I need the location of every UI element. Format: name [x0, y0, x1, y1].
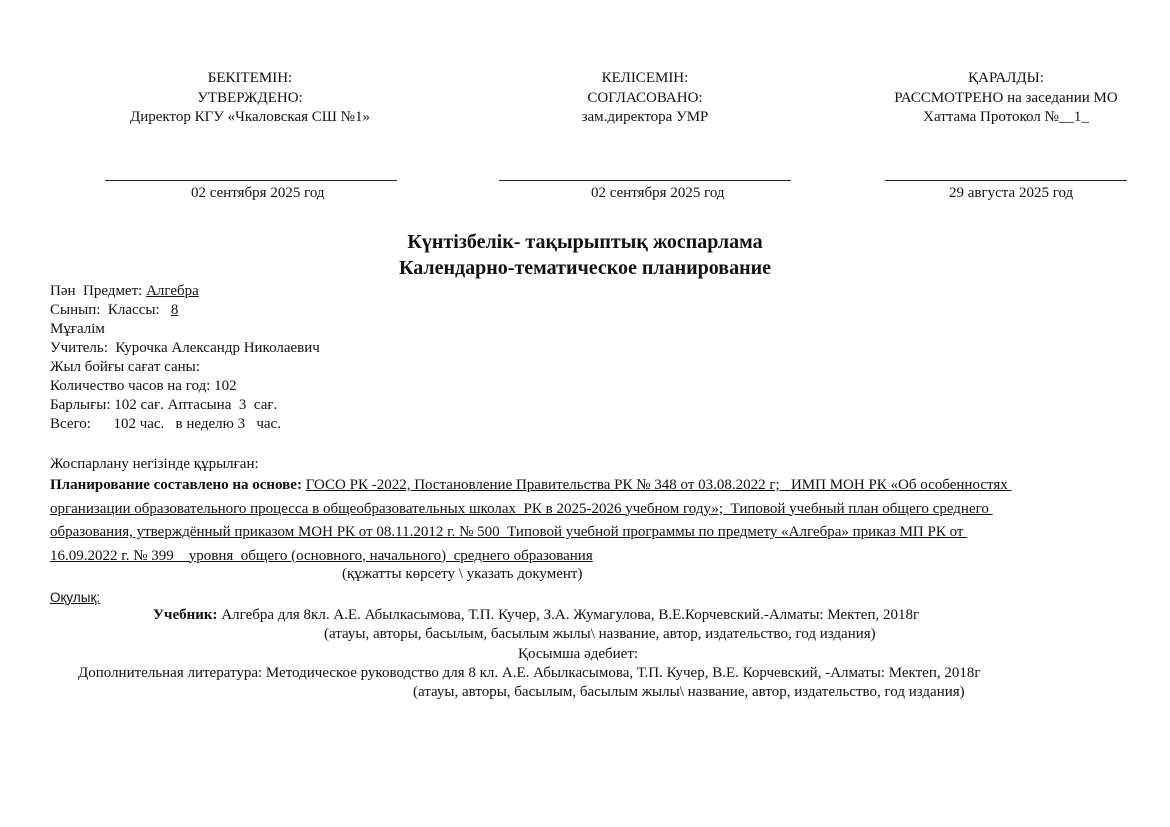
approval-right-protocol: Хаттама Протокол №__1_	[876, 108, 1136, 128]
hours-label-kz: Жыл бойғы сағат саны:	[50, 358, 320, 377]
basis-hint: (құжатты көрсету \ указать документ)	[342, 566, 582, 583]
basis-label-kz: Жоспарлану негізінде құрылған:	[50, 455, 1130, 474]
approval-middle-date: 02 сентября 2025 год	[591, 185, 725, 202]
page-title-kz: Күнтізбелік- тақырыптық жоспарлама	[0, 231, 1170, 254]
hours-line: Количество часов на год: 102	[50, 377, 320, 396]
class-value: 8	[171, 302, 179, 318]
subject-label: Пән Предмет:	[50, 283, 146, 299]
approval-left-block: БЕКІТЕМІН: УТВЕРЖДЕНО: Директор КГУ «Чка…	[100, 69, 400, 128]
approval-left-position: Директор КГУ «Чкаловская СШ №1»	[100, 108, 400, 128]
teacher-label-kz: Мұғалім	[50, 320, 320, 339]
teacher-line: Учитель: Курочка Александр Николаевич	[50, 339, 320, 358]
textbook-value: Алгебра для 8кл. А.Е. Абылкасымова, Т.П.…	[218, 607, 920, 623]
additional-label-kz: Қосымша әдебиет:	[518, 646, 638, 663]
additional-hint: (атауы, авторы, басылым, басылым жылы\ н…	[413, 684, 965, 701]
page-title-ru: Календарно-тематическое планирование	[0, 257, 1170, 280]
basis-line-3: образования, утверждённый приказом МОН Р…	[50, 524, 967, 540]
approval-middle-ru: СОГЛАСОВАНО:	[495, 89, 795, 109]
approval-right-ru: РАССМОТРЕНО на заседании МО	[876, 89, 1136, 109]
approval-left-date: 02 сентября 2025 год	[191, 185, 325, 202]
approval-middle-kz: КЕЛІСЕМІН:	[495, 69, 795, 89]
signature-line-right	[885, 180, 1127, 181]
subject-line: Пән Предмет: Алгебра	[50, 282, 320, 301]
total-line-kz: Барлығы: 102 сағ. Аптасына 3 сағ.	[50, 396, 320, 415]
basis-line-1: ГОСО РК -2022, Постановление Правительст…	[306, 477, 1012, 493]
approval-right-date: 29 августа 2025 год	[949, 185, 1073, 202]
textbook-label-ru: Учебник:	[153, 607, 218, 623]
basis-line-4: 16.09.2022 г. № 399 уровня общего (основ…	[50, 548, 593, 564]
class-label: Сынып: Классы:	[50, 302, 171, 318]
signature-line-left	[105, 180, 397, 181]
approval-middle-block: КЕЛІСЕМІН: СОГЛАСОВАНО: зам.директора УМ…	[495, 69, 795, 128]
approval-right-kz: ҚАРАЛДЫ:	[876, 69, 1136, 89]
basis-line-2: организации образовательного процесса в …	[50, 501, 993, 517]
textbook-label-kz: Оқулық:	[50, 590, 100, 605]
signature-line-middle	[499, 180, 791, 181]
approval-middle-position: зам.директора УМР	[495, 108, 795, 128]
class-line: Сынып: Классы: 8	[50, 301, 320, 320]
approval-left-kz: БЕКІТЕМІН:	[100, 69, 400, 89]
textbook-hint: (атауы, авторы, басылым, басылым жылы\ н…	[324, 626, 876, 643]
total-line-ru: Всего: 102 час. в неделю 3 час.	[50, 415, 320, 434]
approval-left-ru: УТВЕРЖДЕНО:	[100, 89, 400, 109]
additional-value: Дополнительная литература: Методическое …	[78, 665, 981, 682]
planning-basis: Жоспарлану негізінде құрылған: Планирова…	[50, 455, 1130, 568]
textbook-line: Учебник: Алгебра для 8кл. А.Е. Абылкасым…	[153, 607, 919, 624]
subject-value: Алгебра	[146, 283, 199, 299]
basis-label-ru: Планирование составлено на основе:	[50, 477, 302, 493]
course-meta: Пән Предмет: Алгебра Сынып: Классы: 8 Мұ…	[50, 282, 320, 434]
basis-text: Планирование составлено на основе: ГОСО …	[50, 474, 1130, 568]
approval-right-block: ҚАРАЛДЫ: РАССМОТРЕНО на заседании МО Хат…	[876, 69, 1136, 128]
